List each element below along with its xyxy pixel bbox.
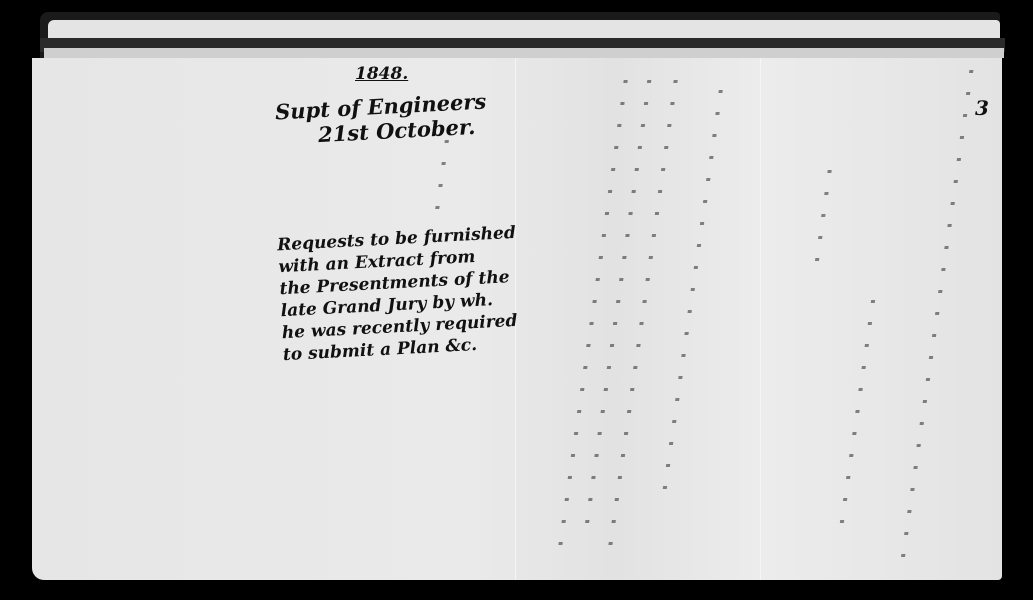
page-number: 3 (975, 96, 989, 120)
page-edge-strip (48, 20, 1000, 38)
docket-summary: Requests to be furnished with an Extract… (277, 222, 522, 366)
page-edge-strip-lower (44, 48, 1004, 58)
fold-line (760, 58, 761, 580)
docket-year: 1848. (355, 64, 408, 84)
